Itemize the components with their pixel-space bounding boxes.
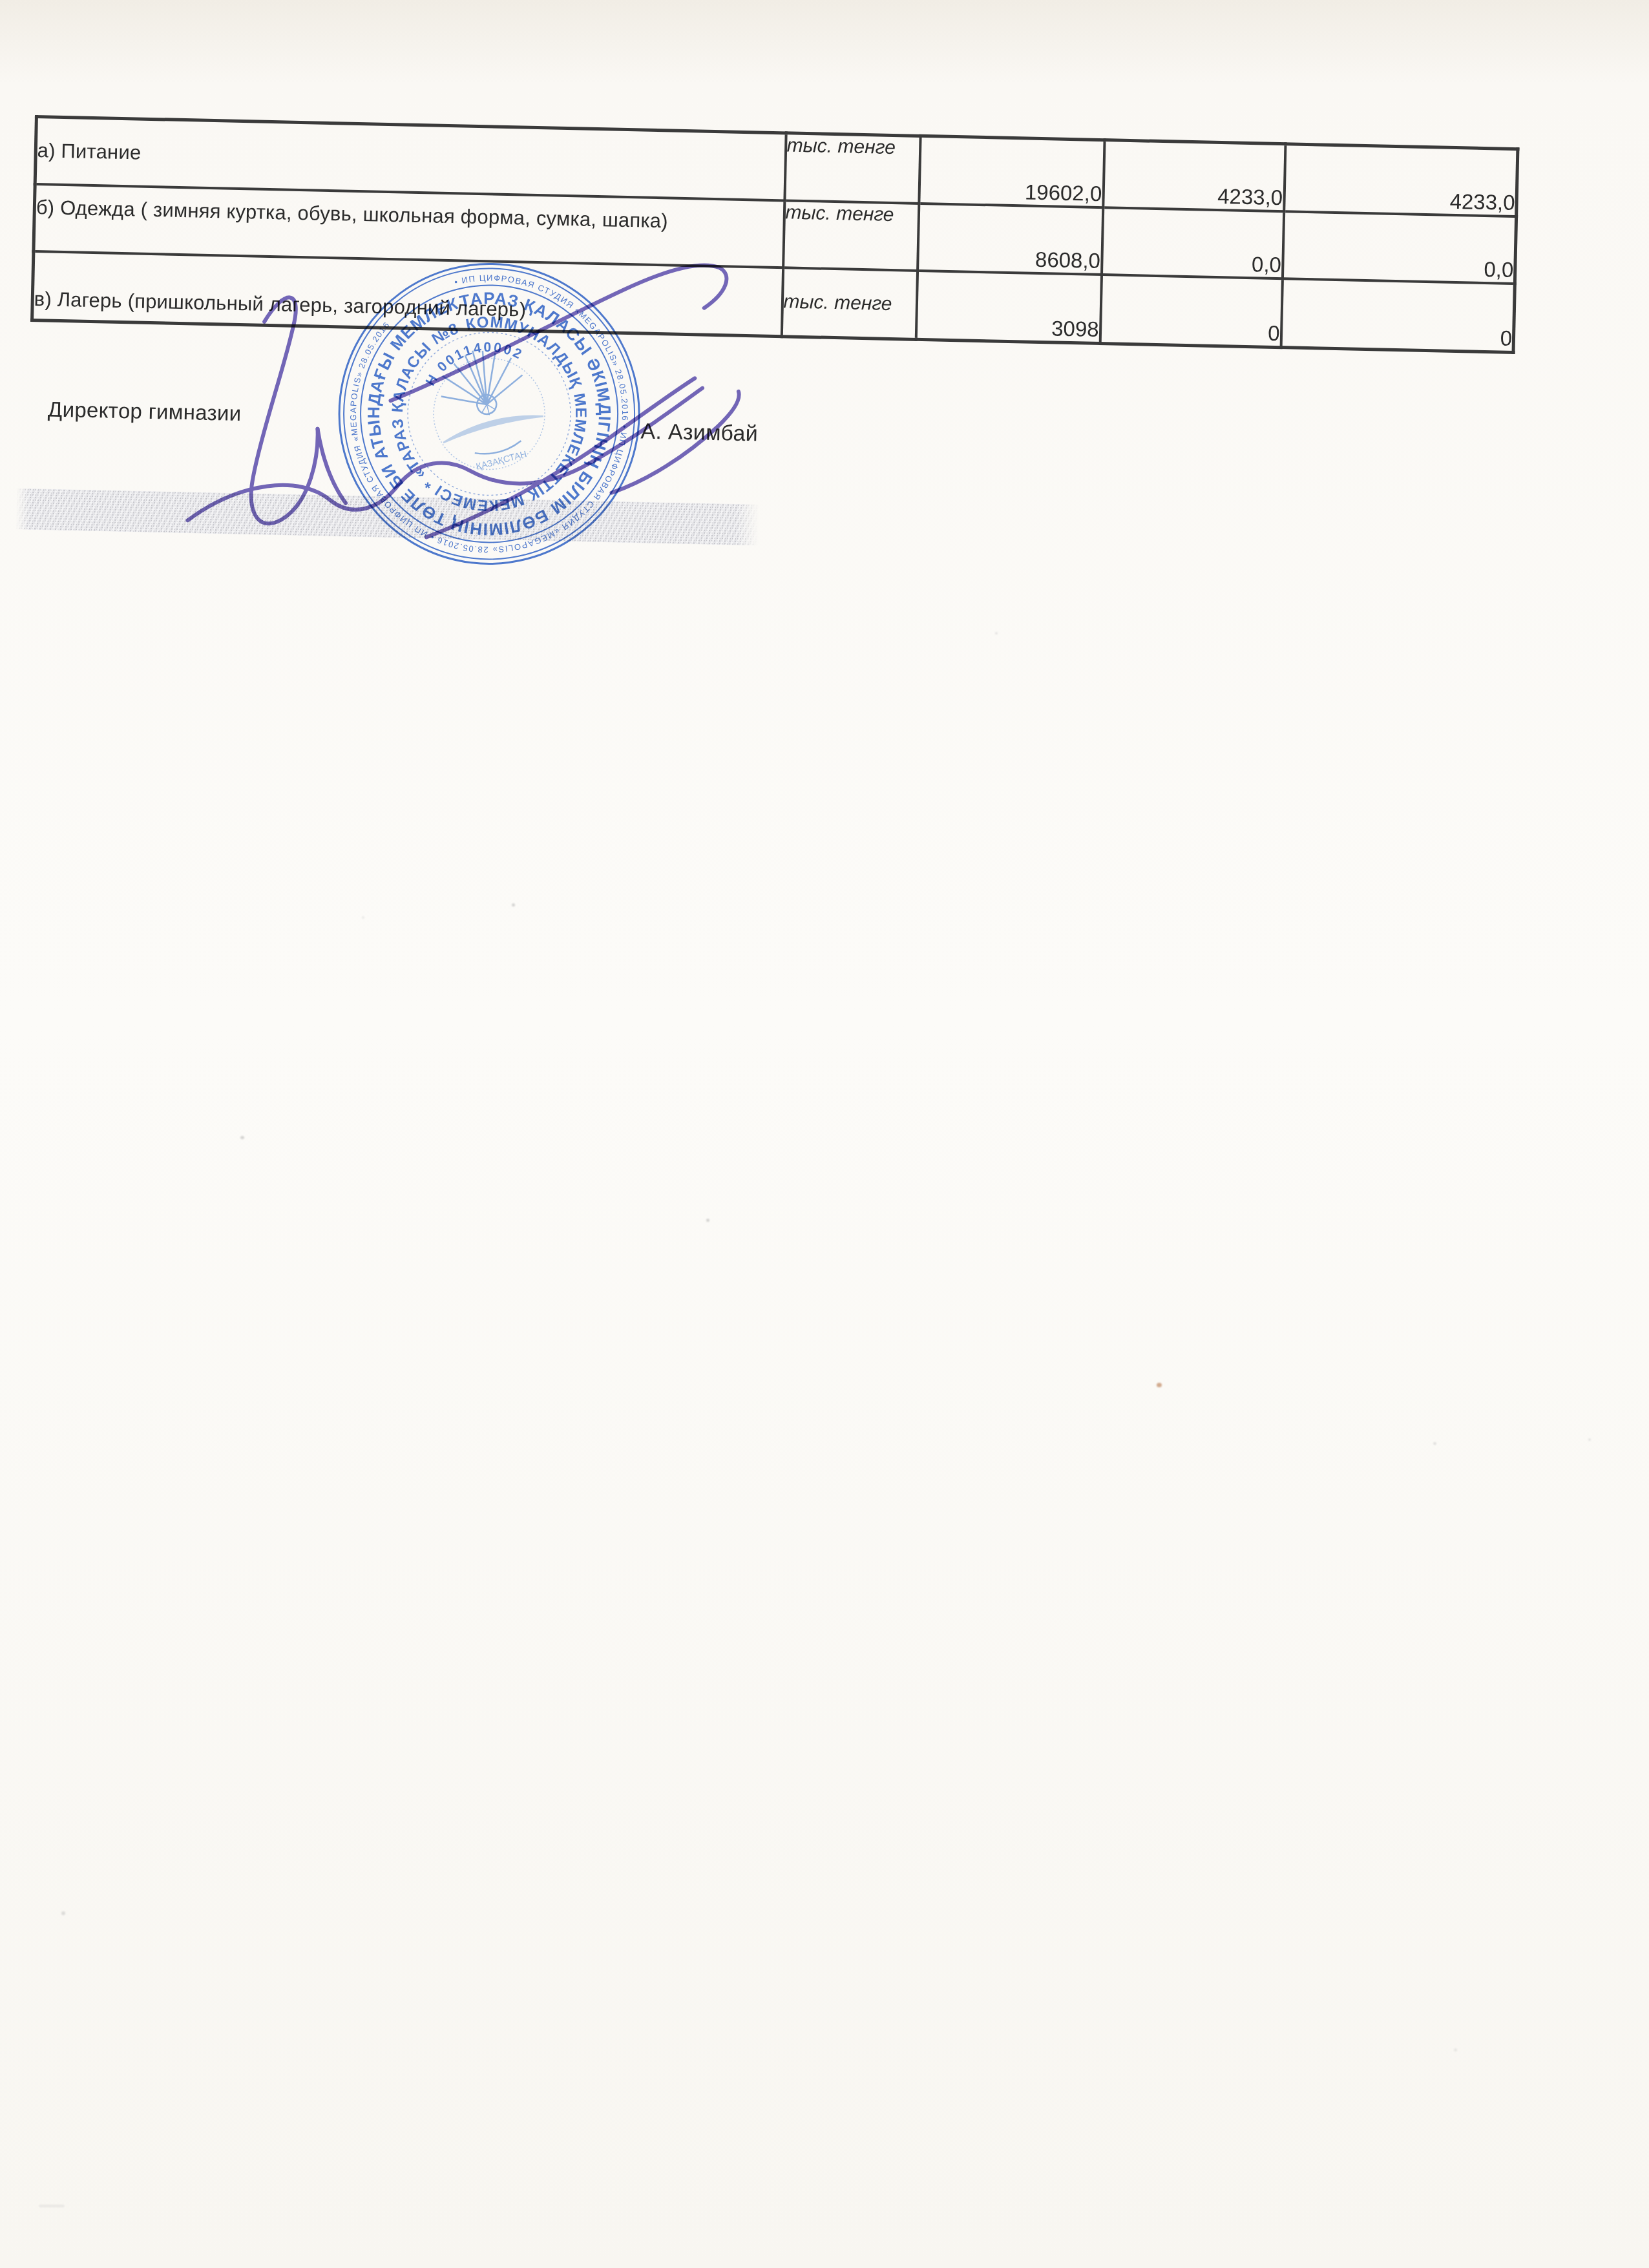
scan-speck — [61, 1911, 65, 1915]
value-cell-plan: 19602,0 — [919, 136, 1104, 207]
scan-speck — [995, 632, 998, 635]
value-cell-plan: 3098 — [916, 270, 1101, 343]
unit-cell: тыс. тенге — [781, 268, 917, 340]
scan-speck — [240, 1136, 244, 1139]
scan-speck — [512, 903, 515, 907]
scan-speck — [1433, 1442, 1436, 1445]
value-cell-total: 0 — [1281, 278, 1515, 353]
scanned-content: а) Питание тыс. тенге 19602,0 4233,0 423… — [21, 115, 1520, 768]
scan-speck — [1588, 1438, 1591, 1441]
scan-speck — [1157, 1383, 1162, 1387]
value-cell-fact: 0,0 — [1102, 207, 1284, 278]
budget-table: а) Питание тыс. тенге 19602,0 4233,0 423… — [30, 115, 1519, 354]
scan-speck — [39, 2205, 65, 2207]
signature-name: А. Азимбай — [640, 419, 758, 447]
value-cell-plan: 8608,0 — [918, 203, 1103, 274]
unit-cell: тыс. тенге — [783, 200, 919, 271]
value-cell-fact: 0 — [1100, 275, 1282, 348]
value-cell-fact: 4233,0 — [1103, 140, 1285, 211]
value-cell-total: 4233,0 — [1284, 144, 1518, 216]
signature-title: Директор гимназии — [48, 397, 242, 426]
unit-cell: тыс. тенге — [784, 133, 920, 204]
value-cell-total: 0,0 — [1282, 211, 1516, 284]
scan-speck — [362, 916, 364, 919]
scan-speck — [1454, 2048, 1457, 2052]
stamp-emblem: ҚАЗАҚСТАН — [419, 337, 557, 482]
scanned-document-page: { "table": { "rows": [ { "label": "а) Пи… — [0, 0, 1649, 2268]
scan-speck — [706, 1219, 709, 1222]
